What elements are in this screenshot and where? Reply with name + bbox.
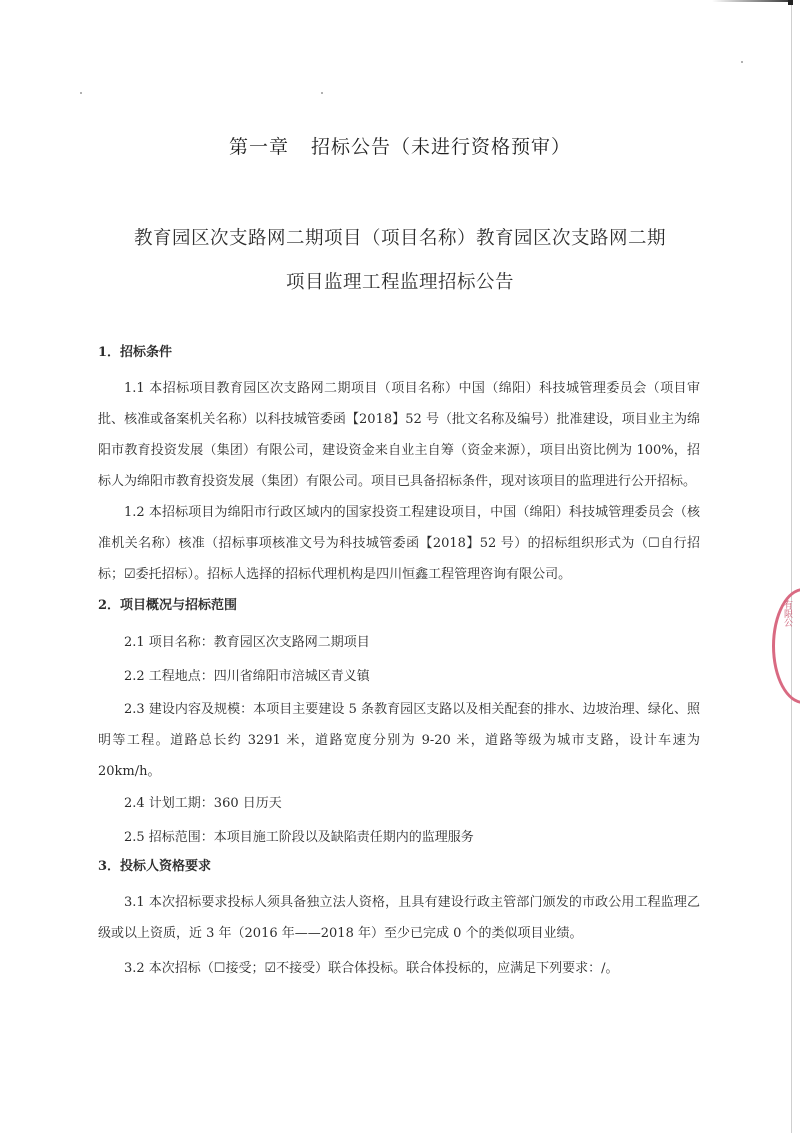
chapter-heading: 第一章招标公告（未进行资格预审） [0,132,800,159]
section-heading: 2．项目概况与招标范围 [98,596,700,630]
section-heading: 3．投标人资格要求 [98,857,700,891]
scan-edge-line [791,0,792,1133]
scan-speck [321,92,323,94]
scan-corner-tip [788,0,793,5]
notice-title-line-1: 教育园区次支路网二期项目（项目名称）教育园区次支路网二期 [0,224,800,250]
scan-speck [80,92,82,94]
document-body: 1．招标条件 1.1 本招标项目教育园区次支路网二期项目（项目名称）中国（绵阳）… [98,343,700,984]
chapter-title: 招标公告（未进行资格预审） [311,136,571,158]
section-heading: 1．招标条件 [98,343,700,377]
paragraph-2-4: 2.4 计划工期：360 日历天 [98,787,700,821]
paragraph-2-3: 2.3 建设内容及规模：本项目主要建设 5 条教育园区支路以及相关配套的排水、边… [98,694,700,787]
paragraph-3-1: 3.1 本次招标要求投标人须具备独立法人资格，且具有建设行政主管部门颁发的市政公… [98,887,700,949]
chapter-number: 第一章 [229,136,289,158]
scanned-document-page: 第一章招标公告（未进行资格预审） 教育园区次支路网二期项目（项目名称）教育园区次… [0,0,800,1133]
section-project-overview: 2．项目概况与招标范围 2.1 项目名称：教育园区次支路网二期项目 2.2 工程… [98,596,700,855]
paragraph-2-2: 2.2 工程地点：四川省绵阳市涪城区青义镇 [98,660,700,694]
paragraph-2-5: 2.5 招标范围：本项目施工阶段以及缺陷责任期内的监理服务 [98,821,700,855]
paragraph-2-1: 2.1 项目名称：教育园区次支路网二期项目 [98,626,700,660]
paragraph-1-2: 1.2 本招标项目为绵阳市行政区域内的国家投资工程建设项目，中国（绵阳）科技城管… [98,497,700,590]
section-bidding-conditions: 1．招标条件 1.1 本招标项目教育园区次支路网二期项目（项目名称）中国（绵阳）… [98,343,700,590]
scan-corner-mark [712,0,792,2]
notice-title-line-2: 项目监理工程监理招标公告 [0,268,800,294]
section-bidder-qualification: 3．投标人资格要求 3.1 本次招标要求投标人须具备独立法人资格，且具有建设行政… [98,857,700,984]
paragraph-3-2: 3.2 本次招标（☐接受；☑不接受）联合体投标。联合体投标的，应满足下列要求：/… [98,953,700,984]
scan-speck [741,61,743,63]
seal-stamp-text: 有限公 [782,600,796,627]
paragraph-1-1: 1.1 本招标项目教育园区次支路网二期项目（项目名称）中国（绵阳）科技城管理委员… [98,373,700,497]
